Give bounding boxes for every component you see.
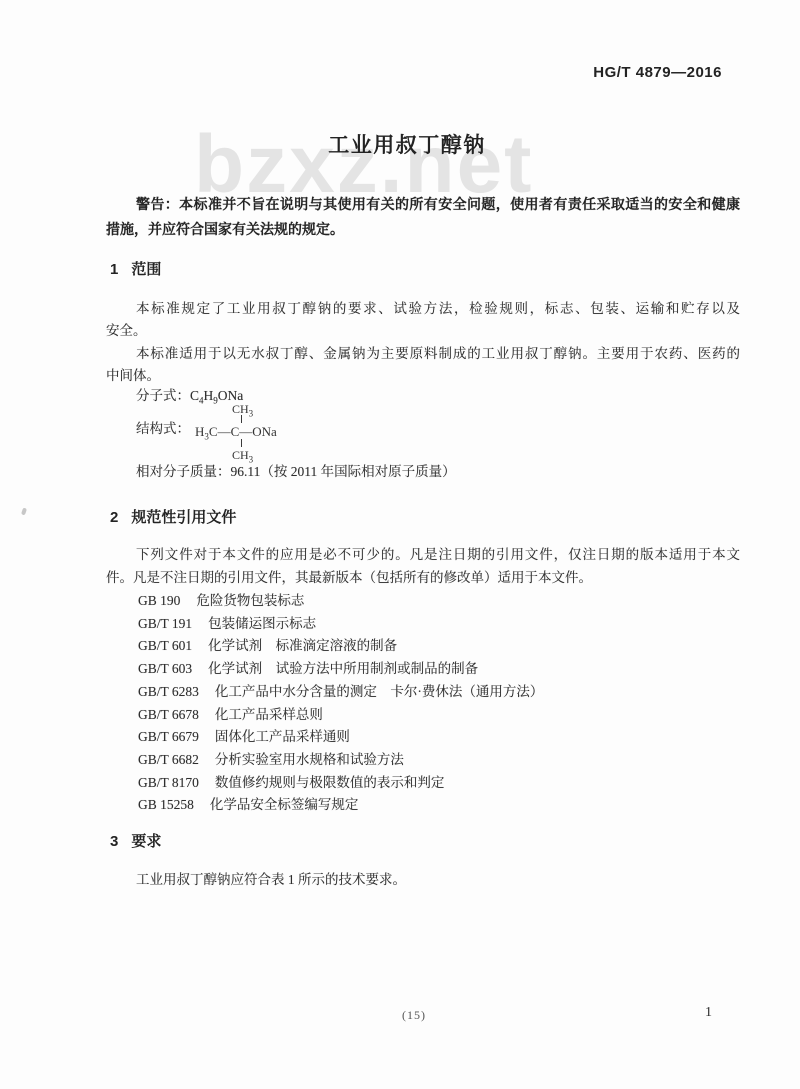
reference-code: GB/T 601 bbox=[138, 638, 192, 653]
structure-bottom-methyl: CH3 bbox=[232, 448, 253, 463]
reference-item: GB/T 191包装储运图示标志 bbox=[138, 616, 316, 633]
reference-code: GB/T 8170 bbox=[138, 775, 199, 790]
section-3-number: 3 bbox=[110, 833, 118, 850]
reference-item: GB/T 8170数值修约规则与极限数值的表示和判定 bbox=[138, 775, 444, 792]
references-intro-line2: 件。凡是不注日期的引用文件，其最新版本（包括所有的修改单）适用于本文件。 bbox=[106, 570, 592, 587]
reference-name: 化学试剂 试验方法中所用制剂或制品的制备 bbox=[208, 661, 478, 676]
reference-code: GB/T 6283 bbox=[138, 684, 199, 699]
formula-ona: ONa bbox=[218, 388, 244, 403]
reference-name: 数值修约规则与极限数值的表示和判定 bbox=[215, 775, 445, 790]
section-1-title: 范围 bbox=[131, 261, 161, 278]
reference-item: GB/T 603化学试剂 试验方法中所用制剂或制品的制备 bbox=[138, 661, 478, 678]
page-title: 工业用叔丁醇钠 bbox=[0, 129, 800, 159]
section-1-number: 1 bbox=[110, 261, 118, 278]
requirements-paragraph: 工业用叔丁醇钠应符合表 1 所示的技术要求。 bbox=[136, 872, 406, 889]
reference-item: GB 190危险货物包装标志 bbox=[138, 593, 304, 610]
reference-code: GB/T 603 bbox=[138, 661, 192, 676]
reference-name: 化学试剂 标准滴定溶液的制备 bbox=[208, 638, 397, 653]
reference-code: GB/T 6682 bbox=[138, 752, 199, 767]
scan-artifact bbox=[21, 508, 27, 516]
standard-code: HG/T 4879—2016 bbox=[593, 64, 722, 81]
reference-item: GB 15258化学品安全标签编写规定 bbox=[138, 797, 358, 814]
reference-item: GB/T 6682分析实验室用水规格和试验方法 bbox=[138, 752, 404, 769]
reference-code: GB/T 191 bbox=[138, 616, 192, 631]
scope-para1-line1: 本标准规定了工业用叔丁醇钠的要求、试验方法，检验规则，标志、包装、运输和贮存以及 bbox=[136, 301, 740, 318]
reference-name: 包装储运图示标志 bbox=[208, 616, 316, 631]
reference-code: GB/T 6678 bbox=[138, 707, 199, 722]
reference-item: GB/T 6678化工产品采样总则 bbox=[138, 707, 323, 724]
warning-line-2: 措施，并应符合国家有关法规的规定。 bbox=[106, 221, 344, 239]
section-3-title: 要求 bbox=[131, 833, 161, 850]
reference-item: GB/T 6283化工产品中水分含量的测定 卡尔·费休法（通用方法） bbox=[138, 684, 543, 701]
reference-item: GB/T 601化学试剂 标准滴定溶液的制备 bbox=[138, 638, 397, 655]
reference-name: 化学品安全标签编写规定 bbox=[210, 797, 359, 812]
reference-item: GB/T 6679固体化工产品采样通则 bbox=[138, 729, 350, 746]
section-1-heading: 1范围 bbox=[110, 258, 161, 279]
reference-name: 固体化工产品采样通则 bbox=[215, 729, 350, 744]
structure-top-methyl: CH3 bbox=[232, 402, 253, 417]
section-2-title: 规范性引用文件 bbox=[131, 509, 236, 526]
scope-para2-line1: 本标准适用于以无水叔丁醇、金属钠为主要原料制成的工业用叔丁醇钠。主要用于农药、医… bbox=[136, 346, 740, 363]
formula-c: C bbox=[190, 388, 199, 403]
scope-para1-line2: 安全。 bbox=[106, 323, 147, 340]
section-3-heading: 3要求 bbox=[110, 830, 161, 851]
structural-formula-label: 结构式： bbox=[136, 421, 190, 438]
reference-name: 化工产品中水分含量的测定 卡尔·费休法（通用方法） bbox=[215, 684, 544, 699]
references-intro-line1: 下列文件对于本文件的应用是必不可少的。凡是注日期的引用文件，仅注日期的版本适用于… bbox=[136, 547, 740, 564]
structure-bond-bottom bbox=[241, 439, 242, 447]
structure-bond-top bbox=[241, 415, 242, 423]
page-number: 1 bbox=[705, 1005, 712, 1021]
molar-mass-line: 相对分子质量：96.11（按 2011 年国际相对原子质量） bbox=[136, 464, 456, 481]
reference-code: GB/T 6679 bbox=[138, 729, 199, 744]
structure-mid-row: H3C—C—ONa bbox=[195, 424, 277, 440]
section-2-heading: 2规范性引用文件 bbox=[110, 506, 236, 527]
reference-name: 分析实验室用水规格和试验方法 bbox=[215, 752, 404, 767]
scope-para2-line2: 中间体。 bbox=[106, 368, 160, 385]
section-2-number: 2 bbox=[110, 509, 118, 526]
molecular-formula: 分子式：C4H9ONa bbox=[136, 388, 243, 405]
footer-sheet-number: (15) bbox=[402, 1008, 426, 1023]
reference-name: 化工产品采样总则 bbox=[215, 707, 323, 722]
reference-code: GB 15258 bbox=[138, 797, 194, 812]
warning-line-1: 警告：本标准并不旨在说明与其使用有关的所有安全问题，使用者有责任采取适当的安全和… bbox=[136, 196, 740, 214]
formula-h: H bbox=[204, 388, 214, 403]
scanned-standard-page: { "page": { "standard_code": "HG/T 4879—… bbox=[0, 0, 800, 1089]
molecular-formula-label: 分子式： bbox=[136, 388, 190, 403]
reference-code: GB 190 bbox=[138, 593, 180, 608]
reference-name: 危险货物包装标志 bbox=[196, 593, 304, 608]
